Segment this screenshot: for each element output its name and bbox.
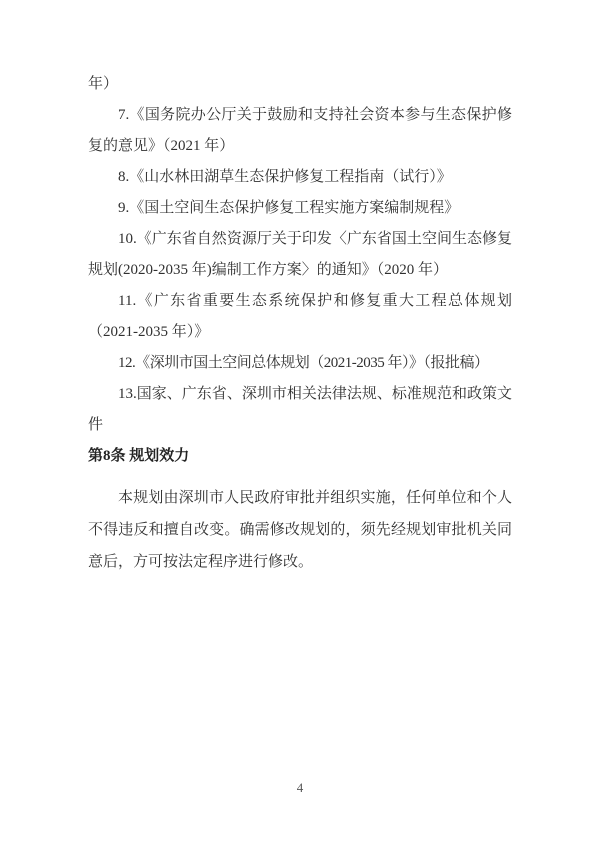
document-body: 年） 7.《国务院办公厅关于鼓励和支持社会资本参与生态保护修复的意见》（2021…	[88, 69, 512, 578]
reference-item-7: 7.《国务院办公厅关于鼓励和支持社会资本参与生态保护修复的意见》（2021 年）	[88, 100, 512, 162]
reference-item-12: 12.《深圳市国土空间总体规划（2021-2035 年）》（报批稿）	[88, 348, 512, 379]
reference-item-11: 11.《广东省重要生态系统保护和修复重大工程总体规划（2021-2035 年）》	[88, 286, 512, 348]
reference-item-9: 9.《国土空间生态保护修复工程实施方案编制规程》	[88, 193, 512, 224]
reference-item-8: 8.《山水林田湖草生态保护修复工程指南（试行）》	[88, 162, 512, 193]
page-number: 4	[0, 780, 600, 796]
article-heading: 第8条 规划效力	[88, 441, 512, 472]
article-paragraph: 本规划由深圳市人民政府审批并组织实施，任何单位和个人不得违反和擅自改变。确需修改…	[88, 482, 512, 578]
reference-item-13: 13.国家、广东省、深圳市相关法律法规、标准规范和政策文件	[88, 379, 512, 441]
reference-item-10: 10.《广东省自然资源厅关于印发〈广东省国土空间生态修复规划(2020-2035…	[88, 224, 512, 286]
document-page: 年） 7.《国务院办公厅关于鼓励和支持社会资本参与生态保护修复的意见》（2021…	[0, 0, 600, 848]
continuation-line: 年）	[88, 69, 512, 100]
